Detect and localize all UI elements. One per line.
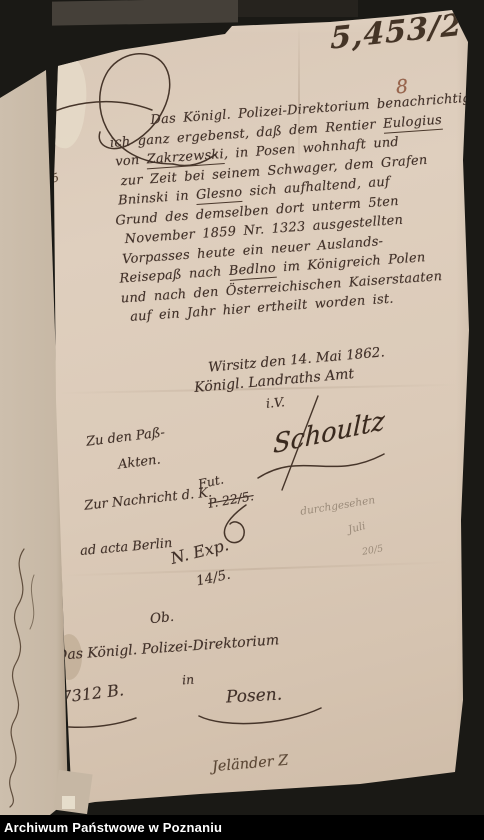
bottom-pencil-note: Jeländer Z	[211, 753, 289, 776]
backdrop-patch	[52, 0, 238, 26]
archive-watermark-bar: Archiwum Państwowe w Poznaniu	[0, 815, 484, 840]
clerk-note-fut: Fut.	[197, 471, 225, 491]
pencil-note: 20/5	[361, 543, 384, 558]
manuscript-page: 5,453/2. 8 fr. 14/5 Das Königl. Polizei-…	[0, 0, 484, 840]
address-city: Posen.	[226, 685, 283, 708]
ob-abbreviation: Ob.	[149, 609, 175, 627]
disposition-text-2: Zur Nachricht d. K.	[84, 485, 213, 513]
pencil-note: durchgesehen	[300, 494, 376, 518]
address-preposition: in	[181, 672, 194, 688]
pen-slash-stroke	[268, 392, 323, 497]
archive-name-label: Archiwum Państwowe w Poznaniu	[0, 815, 484, 840]
letter-body: Das Königl. Polizei-Direktorium benachri…	[108, 88, 484, 328]
edge-script-flourish	[0, 545, 44, 813]
disposition-text-1b: Akten.	[117, 452, 161, 472]
page-corner-fragment	[62, 796, 75, 809]
city-underline-flourish	[193, 706, 328, 730]
underlined-name: Bedlno	[228, 261, 276, 281]
paper-crease	[60, 561, 450, 577]
disposition-text-3: ad acta Berlin	[80, 536, 173, 559]
disposition-text-1: Zu den Paß-	[85, 425, 165, 450]
pencil-note: Juli	[347, 520, 367, 536]
backdrop-patch	[238, 0, 358, 17]
scan-viewport: 5,453/2. 8 fr. 14/5 Das Königl. Polizei-…	[0, 0, 484, 840]
underlined-name: Glesno	[196, 185, 243, 205]
underlined-name: Eulogius	[383, 112, 443, 133]
dispatch-note: N. Exp.	[169, 535, 231, 568]
address-line: Das Königl. Polizei-Direktorium	[56, 632, 280, 664]
